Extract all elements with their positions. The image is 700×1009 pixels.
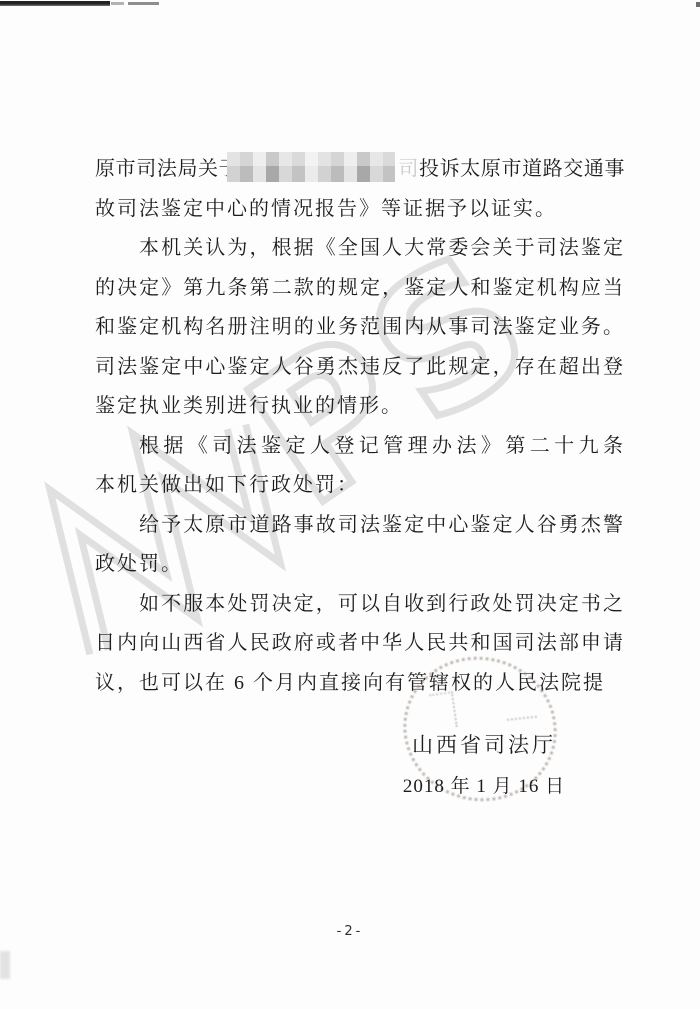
body-line: 日内向山西省人民政府或者中华人民共和国司法部申请行政复 [95,624,625,664]
signature-block: 山西省司法厅 2018 年 1 月 16 日 [388,729,580,798]
redacted-line-before: 原市司法局关于 [95,158,239,180]
page-number: -2- [0,924,700,939]
redaction-mosaic [227,152,395,182]
signature-agency: 山西省司法厅 [388,729,580,759]
body-line: 政处罚。 [95,545,625,585]
scan-artifact-bottom-smudge [0,951,10,979]
body-line: 司法鉴定中心鉴定人谷勇杰违反了此规定，存在超出登记的司法 [95,348,625,388]
scan-artifact-top-segment [111,2,124,5]
signature-date: 2018 年 1 月 16 日 [388,771,580,798]
body-line: 鉴定执业类别进行执业的情形。 [95,387,625,427]
scan-artifact-top-bar [0,1,110,6]
body-line: 给予太原市道路事故司法鉴定中心鉴定人谷勇杰警告的行 [95,506,625,546]
body-line: 故司法鉴定中心的情况报告》等证据予以证实。 [95,190,625,230]
body-line: 如不服本处罚决定，可以自收到行政处罚决定书之日起 60 [95,585,625,625]
body-line: 本机关认为，根据《全国人大常委会关于司法鉴定管理问题 [95,229,625,269]
body-line: 的决定》第九条第二款的规定，鉴定人和鉴定机构应当在鉴定人 [95,269,625,309]
body-line-redacted: 原市司法局关于司投诉太原市道路交通事 [95,150,625,190]
body-line: 根据《司法鉴定人登记管理办法》第二十九条（二）之规定， [95,427,625,467]
body-line: 本机关做出如下行政处罚： [95,466,625,506]
redacted-partial-char: 司 [398,158,419,180]
scanned-document-page: PS 原市司法局关于司投诉太原市道路交通事 故司法鉴定中心的情况报告》等证据予以… [0,0,700,1009]
scan-artifact-top-segment2 [128,2,159,5]
redacted-line-after: 投诉太原市道路交通事 [419,158,625,180]
body-line: 和鉴定机构名册注明的业务范围内从事司法鉴定业务。太原道交 [95,308,625,348]
document-body: 原市司法局关于司投诉太原市道路交通事 故司法鉴定中心的情况报告》等证据予以证实。… [95,150,625,703]
scan-artifact-corner-dot [696,2,700,7]
